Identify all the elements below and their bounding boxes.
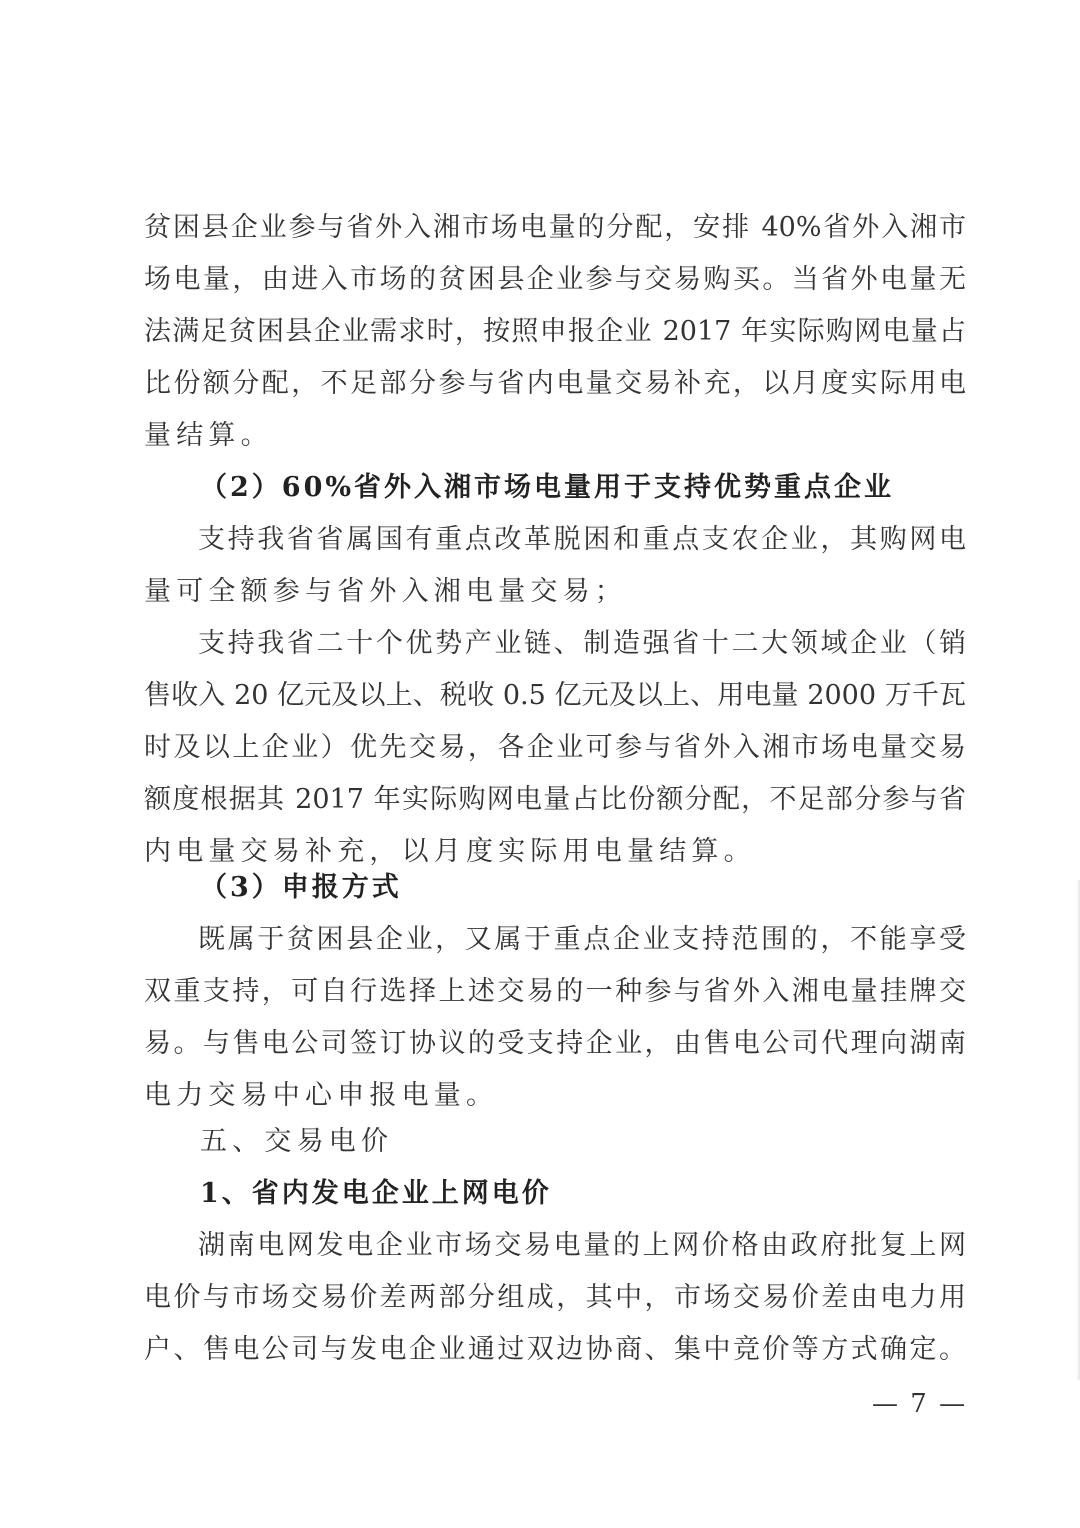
- text-line: 额度根据其 2017 年实际购网电量占比份额分配，不足部分参与省: [144, 782, 966, 818]
- text-line: 电价与市场交易价差两部分组成，其中，市场交易价差由电力用: [144, 1280, 966, 1316]
- text-line: 户、售电公司与发电企业通过双边协商、集中竞价等方式确定。: [144, 1332, 966, 1368]
- text-line: 售收入 20 亿元及以上、税收 0.5 亿元及以上、用电量 2000 万千瓦: [144, 678, 966, 714]
- text-line: 量结算。: [144, 418, 966, 454]
- text-line: 易。与售电公司签订协议的受支持企业，由售电公司代理向湖南: [144, 1026, 966, 1062]
- document-page: 贫困县企业参与省外入湘市场电量的分配，安排 40%省外入湘市 场电量，由进入市场…: [0, 0, 1080, 1528]
- text-line: 支持我省二十个优势产业链、制造强省十二大领域企业（销: [198, 626, 966, 662]
- text-line: 贫困县企业参与省外入湘市场电量的分配，安排 40%省外入湘市: [144, 210, 966, 246]
- subsection-heading: 1、省内发电企业上网电价: [200, 1176, 968, 1212]
- subsection-heading: （3）申报方式: [200, 870, 968, 906]
- text-line: 既属于贫困县企业，又属于重点企业支持范围的，不能享受: [198, 922, 966, 958]
- subsection-heading: （2）60%省外入湘市场电量用于支持优势重点企业: [200, 470, 968, 506]
- text-line: 时及以上企业）优先交易，各企业可参与省外入湘市场电量交易: [144, 730, 966, 766]
- text-line: 湖南电网发电企业市场交易电量的上网价格由政府批复上网: [198, 1228, 966, 1264]
- section-heading: 五、交易电价: [200, 1124, 968, 1160]
- text-line: 量可全额参与省外入湘电量交易；: [144, 574, 966, 610]
- text-line: 电力交易中心申报电量。: [144, 1078, 966, 1114]
- text-line: 法满足贫困县企业需求时，按照申报企业 2017 年实际购网电量占: [144, 314, 966, 350]
- text-line: 比份额分配，不足部分参与省内电量交易补充，以月度实际用电: [144, 366, 966, 402]
- text-line: 支持我省省属国有重点改革脱困和重点支农企业，其购网电: [198, 522, 966, 558]
- scan-edge-shadow: [1076, 880, 1080, 1380]
- text-line: 内电量交易补充，以月度实际用电量结算。: [144, 834, 966, 870]
- text-line: 场电量，由进入市场的贫困县企业参与交易购买。当省外电量无: [144, 262, 966, 298]
- text-line: 双重支持，可自行选择上述交易的一种参与省外入湘电量挂牌交: [144, 974, 966, 1010]
- page-number: — 7 —: [872, 1389, 967, 1419]
